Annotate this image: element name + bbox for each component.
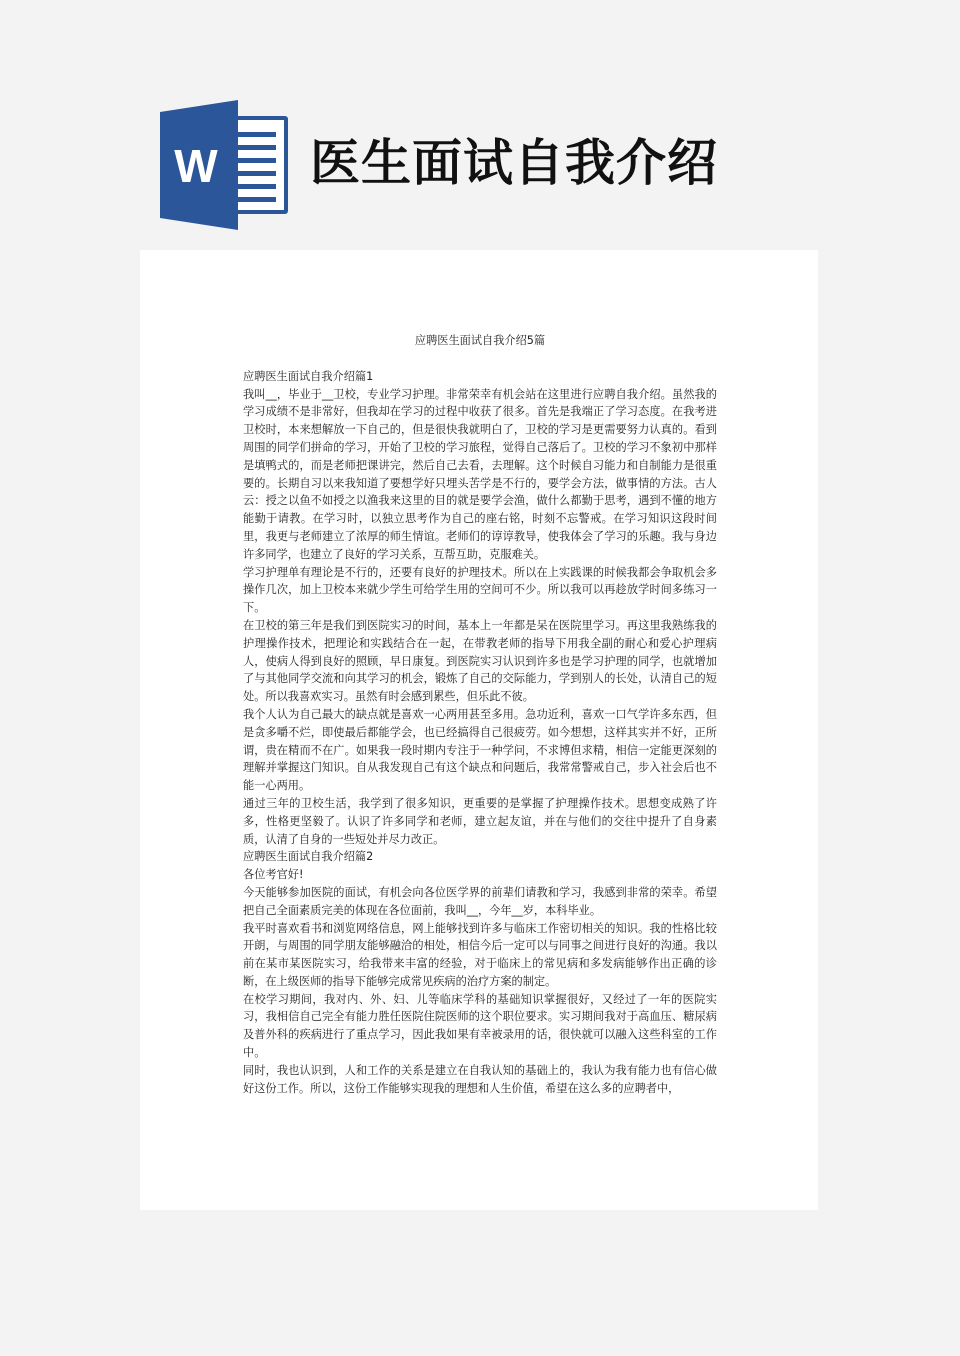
word-document-icon: W <box>160 100 290 230</box>
paragraph: 同时，我也认识到，人和工作的关系是建立在自我认知的基础上的，我认为我有能力也有信… <box>243 1062 717 1098</box>
document-content: 应聘医生面试自我介绍5篇 应聘医生面试自我介绍篇1 我叫__，毕业于__卫校，专… <box>243 332 717 1097</box>
section-heading-1: 应聘医生面试自我介绍篇1 <box>243 368 717 386</box>
page-heading: 应聘医生面试自我介绍5篇 <box>243 332 717 350</box>
paragraph: 在卫校的第三年是我们到医院实习的时间，基本上一年都是呆在医院里学习。再这里我熟练… <box>243 617 717 706</box>
paragraph: 通过三年的卫校生活，我学到了很多知识，更重要的是掌握了护理操作技术。思想变成熟了… <box>243 795 717 848</box>
greeting: 各位考官好! <box>243 866 717 884</box>
paragraph: 我平时喜欢看书和浏览网络信息，网上能够找到许多与临床工作密切相关的知识。我的性格… <box>243 920 717 991</box>
paragraph: 今天能够参加医院的面试，有机会向各位医学界的前辈们请教和学习，我感到非常的荣幸。… <box>243 884 717 920</box>
section-heading-2: 应聘医生面试自我介绍篇2 <box>243 848 717 866</box>
document-page: 应聘医生面试自我介绍5篇 应聘医生面试自我介绍篇1 我叫__，毕业于__卫校，专… <box>140 250 818 1210</box>
paragraph: 我叫__，毕业于__卫校，专业学习护理。非常荣幸有机会站在这里进行应聘自我介绍。… <box>243 386 717 564</box>
word-icon-letter: W <box>174 140 218 192</box>
document-title: 医生面试自我介绍 <box>310 133 718 193</box>
paragraph: 学习护理单有理论是不行的，还要有良好的护理技术。所以在上实践课的时候我都会争取机… <box>243 564 717 617</box>
paragraph: 在校学习期间，我对内、外、妇、儿等临床学科的基础知识掌握很好，又经过了一年的医院… <box>243 991 717 1062</box>
header: W <box>160 100 290 230</box>
paragraph: 我个人认为自己最大的缺点就是喜欢一心两用甚至多用。急功近利，喜欢一口气学许多东西… <box>243 706 717 795</box>
